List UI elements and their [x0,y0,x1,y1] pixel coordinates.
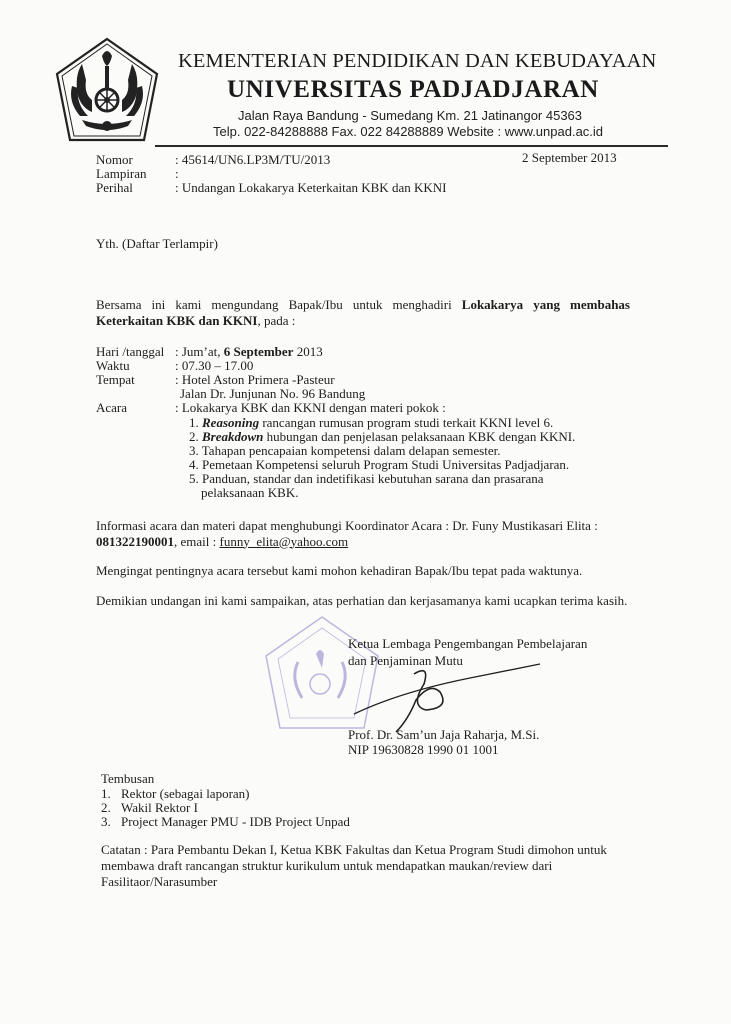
agenda-item-number: 4. [189,457,199,472]
university-emblem-icon [52,36,162,146]
perihal-label: Perihal [96,180,133,195]
agenda-item: 1. Reasoning rancangan rumusan program s… [189,415,553,430]
contact-phone: 081322190001 [96,534,174,549]
agenda-value: : Lokakarya KBK dan KKNI dengan materi p… [175,400,446,415]
agenda-item: 5. Panduan, standar dan indetifikasi keb… [189,471,544,486]
agenda-item: 4. Pemetaan Kompetensi seluruh Program S… [189,457,569,472]
nomor-label: Nomor [96,152,133,167]
tembusan-item: Rektor (sebagai laporan) [121,786,250,801]
signatory-nip: NIP 19630828 1990 01 1001 [348,742,498,757]
ministry-name: KEMENTERIAN PENDIDIKAN DAN KEBUDAYAAN [178,50,656,73]
contact-email-link[interactable]: funny_elita@yahoo.com [220,534,349,549]
agenda-item-text: rancangan rumusan program studi terkait … [259,415,553,430]
day-prefix: : Jum’at, [175,344,224,359]
agenda-item-text: Pemetaan Kompetensi seluruh Program Stud… [202,457,569,472]
recipient: Yth. (Daftar Terlampir) [96,236,218,251]
agenda-item-number: 5. [189,471,199,486]
closing-paragraph-1: Mengingat pentingnya acara tersebut kami… [96,563,582,578]
tembusan-item-number: 2. [101,800,111,815]
day-label: Hari /tanggal [96,344,164,359]
place-address: Jalan Dr. Junjunan No. 96 Bandung [180,386,365,401]
place-value: : Hotel Aston Primera -Pasteur [175,372,335,387]
info-text: Informasi acara dan materi dapat menghub… [96,518,598,533]
perihal-value: : Undangan Lokakarya Keterkaitan KBK dan… [175,180,446,195]
tembusan-title: Tembusan [101,771,154,786]
time-value: : 07.30 – 17.00 [175,358,253,373]
lampiran-value: : [175,166,179,181]
agenda-item-number: 3. [189,443,199,458]
intro-text: Bersama ini kami mengundang Bapak/Ibu un… [96,297,462,312]
info-paragraph: Informasi acara dan materi dapat menghub… [96,518,630,549]
catatan-line-3: Fasilitaor/Narasumber [101,874,217,889]
catatan-line-2: membawa draft rancangan struktur kurikul… [101,858,552,873]
university-address: Jalan Raya Bandung - Sumedang Km. 21 Jat… [238,108,582,123]
agenda-item: 2. Breakdown hubungan dan penjelasan pel… [189,429,575,444]
agenda-item-text: hubungan dan penjelasan pelaksanaan KBK … [263,429,575,444]
day-suffix: 2013 [293,344,322,359]
university-name: UNIVERSITAS PADJADJARAN [227,76,599,104]
agenda-item-text: Panduan, standar dan indetifikasi kebutu… [202,471,544,486]
tembusan-item: Wakil Rektor I [121,800,198,815]
intro-paragraph: Bersama ini kami mengundang Bapak/Ibu un… [96,297,630,328]
signatory-title-1: Ketua Lembaga Pengembangan Pembelajaran [348,636,587,651]
agenda-item-emphasis: Breakdown [202,429,263,444]
agenda-item-5-continued: pelaksanaan KBK. [201,485,298,500]
university-contact: Telp. 022-84288888 Fax. 022 84288889 Web… [213,124,603,139]
letterhead-divider [155,145,668,147]
agenda-item-emphasis: Reasoning [202,415,259,430]
day-value: : Jum’at, 6 September 2013 [175,344,323,359]
email-label: , email : [174,534,220,549]
agenda-item: 3. Tahapan pencapaian kompetensi dalam d… [189,443,500,458]
agenda-item-number: 1. [189,415,199,430]
signatory-name: Prof. Dr. Sam’un Jaja Raharja, M.Si. [348,727,539,742]
agenda-label: Acara [96,400,127,415]
letter-date: 2 September 2013 [522,150,617,165]
catatan-line-1: Catatan : Para Pembantu Dekan I, Ketua K… [101,842,607,857]
nomor-value: : 45614/UN6.LP3M/TU/2013 [175,152,330,167]
place-label: Tempat [96,372,135,387]
tembusan-item-number: 1. [101,786,111,801]
closing-paragraph-2: Demikian undangan ini kami sampaikan, at… [96,593,627,608]
intro-suffix: , pada : [257,313,295,328]
agenda-item-number: 2. [189,429,199,444]
agenda-item-text: Tahapan pencapaian kompetensi dalam dela… [202,443,501,458]
signatory-title-2: dan Penjaminan Mutu [348,653,463,668]
lampiran-label: Lampiran [96,166,147,181]
day-bold: 6 September [224,344,294,359]
tembusan-item: Project Manager PMU - IDB Project Unpad [121,814,350,829]
time-label: Waktu [96,358,130,373]
tembusan-item-number: 3. [101,814,111,829]
